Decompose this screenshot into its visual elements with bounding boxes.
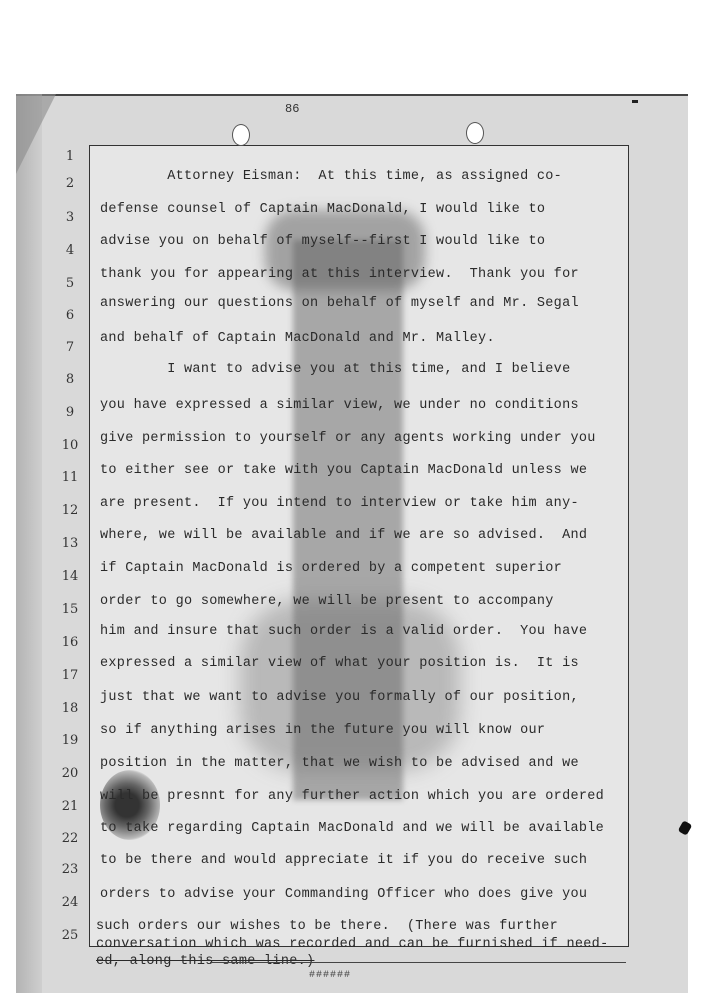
line-number: 9 [58,405,82,420]
transcript-line: order to go somewhere, we will be presen… [100,594,554,609]
line-number: 22 [58,831,82,846]
transcript-line: advise you on behalf of myself--first I … [100,234,545,249]
transcript-line: just that we want to advise you formally… [100,690,579,705]
line-number: 25 [58,928,82,943]
scan-speck [632,100,638,103]
line-number: 11 [58,470,82,485]
line-number: 15 [58,602,82,617]
transcript-line: conversation which was recorded and can … [96,937,608,952]
transcript-line: defense counsel of Captain MacDonald, I … [100,202,545,217]
punch-hole-right [466,122,484,144]
transcript-line: if Captain MacDonald is ordered by a com… [100,561,562,576]
scan-shadow-stripe [16,94,42,993]
line-number: 7 [58,340,82,355]
line-number: 5 [58,276,82,291]
transcript-line: you have expressed a similar view, we un… [100,398,579,413]
line-number: 13 [58,536,82,551]
line-number: 24 [58,895,82,910]
transcript-line: to either see or take with you Captain M… [100,463,587,478]
line-number: 19 [58,733,82,748]
transcript-line: such orders our wishes to be there. (The… [96,919,558,934]
transcript-line: Attorney Eisman: At this time, as assign… [100,169,562,184]
line-number: 14 [58,569,82,584]
line-number: 2 [58,176,82,191]
transcript-line: so if anything arises in the future you … [100,723,545,738]
line-number: 16 [58,635,82,650]
line-number: 23 [58,862,82,877]
transcript-line: to be there and would appreciate it if y… [100,853,587,868]
line-number: 17 [58,668,82,683]
transcript-line: position in the matter, that we wish to … [100,756,579,771]
transcript-line: where, we will be available and if we ar… [100,528,587,543]
page-number: 86 [285,102,299,116]
line-number: 12 [58,503,82,518]
line-number: 1 [58,149,82,164]
transcript-line: I want to advise you at this time, and I… [100,362,570,377]
line-number: 10 [58,438,82,453]
line-number: 21 [58,799,82,814]
transcript-line: expressed a similar view of what your po… [100,656,579,671]
transcript-line: thank you for appearing at this intervie… [100,267,579,282]
end-marks: ###### [309,970,351,981]
transcript-line: him and insure that such order is a vali… [100,624,587,639]
transcript-line: and behalf of Captain MacDonald and Mr. … [100,331,495,346]
line-number: 8 [58,372,82,387]
transcript-line: to take regarding Captain MacDonald and … [100,821,604,836]
transcript-line: are present. If you intend to interview … [100,496,579,511]
closing-rule [210,962,626,963]
scan-margin [0,94,16,993]
transcript-line: orders to advise your Commanding Officer… [100,887,587,902]
transcript-line: will be presnnt for any further action w… [100,789,604,804]
line-number: 20 [58,766,82,781]
line-number: 6 [58,308,82,323]
line-number: 4 [58,243,82,258]
folded-corner [16,94,56,174]
transcript-line: give permission to yourself or any agent… [100,431,596,446]
transcript-line: answering our questions on behalf of mys… [100,296,579,311]
line-number: 18 [58,701,82,716]
line-number: 3 [58,210,82,225]
punch-hole-left [232,124,250,146]
